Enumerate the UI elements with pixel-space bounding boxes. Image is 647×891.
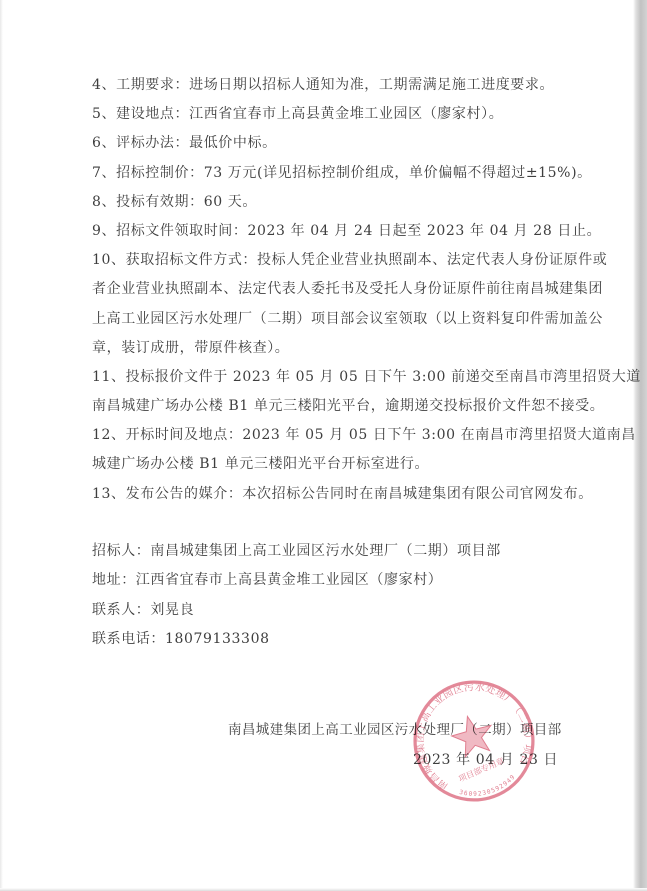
body-line-12b: 城建广场办公楼 B1 单元三楼阳光平台开标室进行。	[92, 450, 554, 479]
body-line-10b: 者企业营业执照副本、法定代表人委托书及受托人身份证原件前往南昌城建集团	[92, 275, 554, 304]
address-line: 地址：江西省宜春市上高县黄金堆工业园区（廖家村）	[92, 566, 554, 595]
body-line-10a: 10、获取招标文件方式：投标人凭企业营业执照副本、法定代表人身份证原件或	[92, 246, 554, 275]
body-line-10c: 上高工业园区污水处理厂（二期）项目部会议室领取（以上资料复印件需加盖公	[92, 305, 554, 334]
body-line-9: 9、招标文件领取时间：2023 年 04 月 24 日起至 2023 年 04 …	[92, 217, 554, 246]
body-line-10d: 章，装订成册，带原件核查）。	[92, 334, 554, 363]
body-line-6: 6、评标办法：最低价中标。	[92, 129, 554, 158]
contact-person-line: 联系人：刘晃良	[92, 596, 554, 625]
official-seal-stamp: 南昌城建集团上高工业园区污水处理厂（二期）项目部 项目部专用章 36092305…	[396, 663, 553, 820]
body-line-12a: 12、开标时间及地点：2023 年 05 月 05 日下午 3:00 在南昌市湾…	[92, 421, 554, 450]
tenderer-line: 招标人：南昌城建集团上高工业园区污水处理厂（二期）项目部	[92, 537, 554, 566]
contact-phone-line: 联系电话：18079133308	[92, 625, 554, 654]
notice-body: 4、工期要求：进场日期以招标人通知为准，工期需满足施工进度要求。 5、建设地点：…	[92, 71, 554, 509]
body-line-11a: 11、投标报价文件于 2023 年 05 月 05 日下午 3:00 前递交至南…	[92, 363, 554, 392]
seal-inner-text: 项目部专用章	[457, 756, 506, 784]
scan-edge-right	[633, 0, 647, 891]
body-line-8: 8、投标有效期：60 天。	[92, 188, 554, 217]
contact-block: 招标人：南昌城建集团上高工业园区污水处理厂（二期）项目部 地址：江西省宜春市上高…	[92, 537, 554, 654]
body-line-4: 4、工期要求：进场日期以招标人通知为准，工期需满足施工进度要求。	[92, 71, 554, 100]
body-line-13: 13、发布公告的媒介：本次招标公告同时在南昌城建集团有限公司官网发布。	[92, 480, 554, 509]
body-line-11b: 南昌城建广场办公楼 B1 单元三楼阳光平台，逾期递交投标报价文件恕不接受。	[92, 392, 554, 421]
body-line-5: 5、建设地点：江西省宜春市上高县黄金堆工业园区（廖家村）。	[92, 100, 554, 129]
scanned-document-page: 4、工期要求：进场日期以招标人通知为准，工期需满足施工进度要求。 5、建设地点：…	[0, 0, 647, 891]
star-icon	[448, 711, 497, 759]
body-line-7: 7、招标控制价：73 万元(详见招标控制价组成，单价偏幅不得超过±15%)。	[92, 159, 554, 188]
scan-edge-left	[0, 0, 3, 891]
